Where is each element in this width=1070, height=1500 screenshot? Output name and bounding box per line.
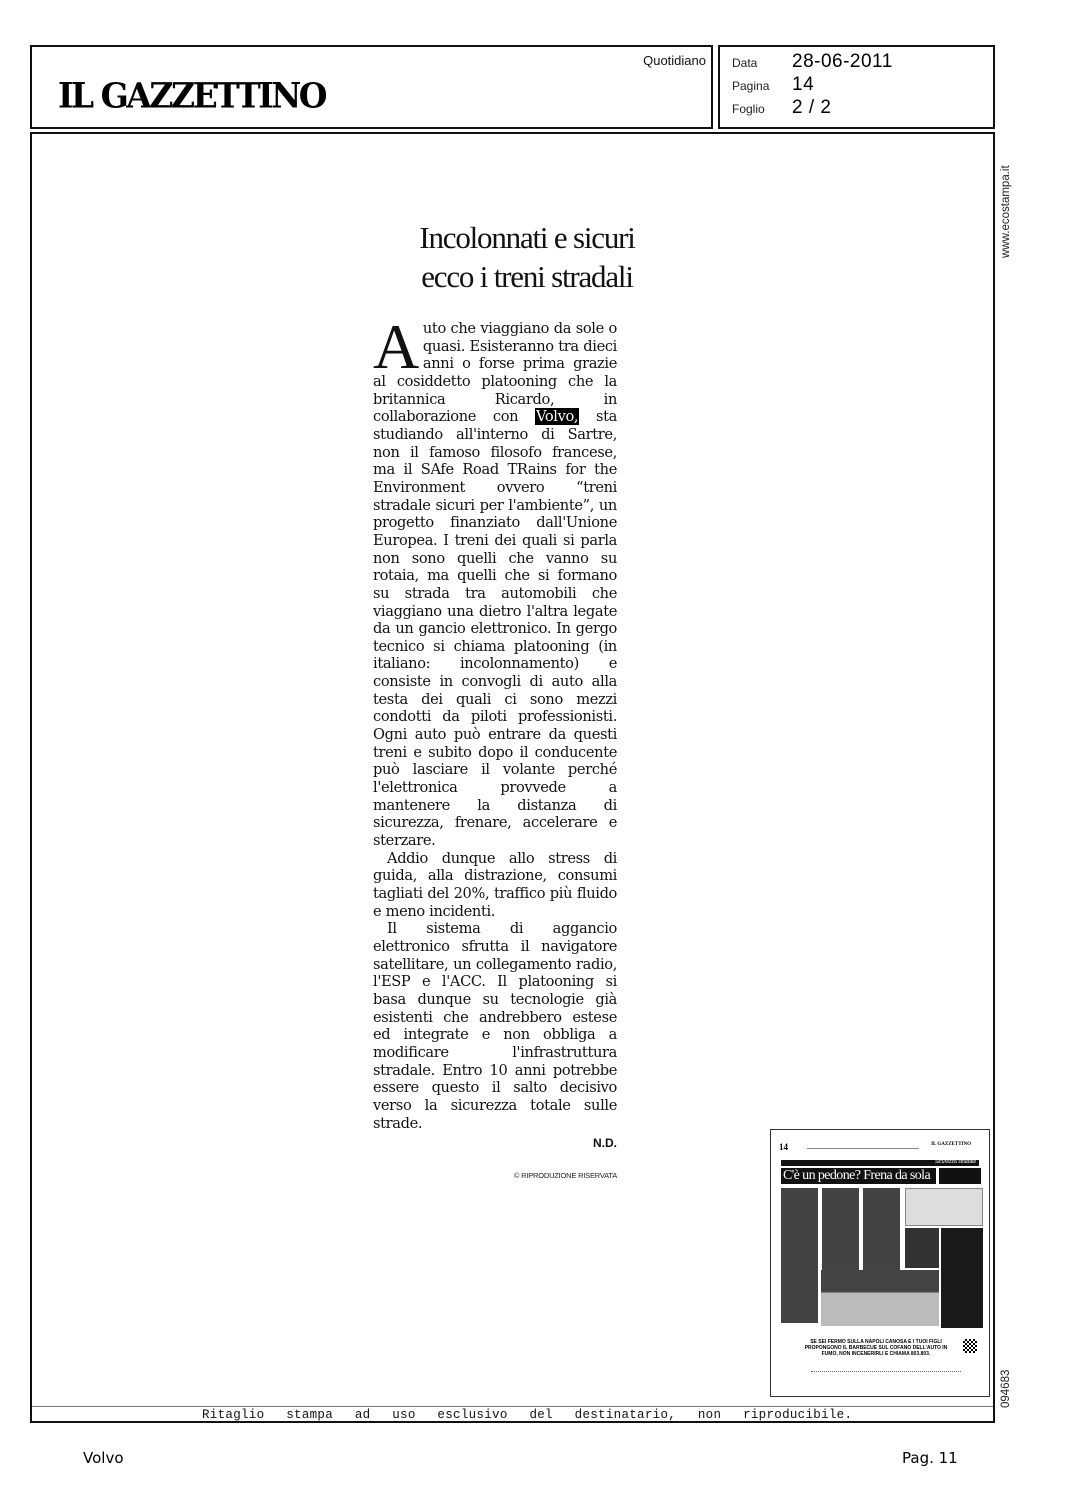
page-label: Pagina [732,79,792,93]
thumbnail-masthead: IL GAZZETTINO [931,1142,971,1147]
thumbnail-fine-print [811,1371,961,1372]
article-paragraph-2: Addio dunque allo stress di guida, alla … [373,850,617,921]
thumbnail-section-band: Sicurezza stradale [781,1160,979,1166]
header-masthead-box: IL GAZZETTINO Quotidiano [30,45,713,129]
thumbnail-mid-block [905,1228,939,1268]
header-meta-box: Data 28-06-2011 Pagina 14 Foglio 2 / 2 [718,45,995,129]
sheet-value: 2 / 2 [792,97,831,119]
copyright-notice: © RIPRODUZIONE RISERVATA [373,1167,617,1185]
thumbnail-side-box [939,1168,981,1184]
paragraph-1-end: sta studiando all'interno di Sartre, non… [373,408,617,849]
page-thumbnail: 14 IL GAZZETTINO Sicurezza stradale C'è … [770,1129,990,1397]
sheet-label: Foglio [732,102,792,116]
ecostampa-url: www.ecostampa.it [1000,165,1012,258]
thumbnail-photo [905,1188,983,1226]
thumbnail-rule [807,1148,919,1149]
article-byline: N.D. [373,1135,617,1153]
thumbnail-ad-text: SE SEI FERMO SULLA NAPOLI CANOSA E I TUO… [801,1339,951,1357]
article-body: Auto che viaggiano da sole o quasi. Esis… [373,320,617,1185]
thumbnail-sidebar-article [941,1228,983,1328]
clipping-code: 094683 [1000,1370,1012,1408]
date-value: 28-06-2011 [792,51,893,73]
clipping-body: Incolonnati e sicuri ecco i treni strada… [30,132,995,1423]
newspaper-masthead: IL GAZZETTINO [58,75,325,116]
footer-page-number: Pag. 11 [902,1449,958,1467]
headline-line-2: ecco i treni stradali [382,257,672,296]
headline-line-1: Incolonnati e sicuri [382,218,672,257]
thumbnail-title: C'è un pedone? Frena da sola [781,1168,936,1184]
meta-row-date: Data 28-06-2011 [732,51,893,73]
article-paragraph-3: Il sistema di aggancio elettronico sfrut… [373,920,617,1132]
page-value: 14 [792,74,814,96]
drop-cap: A [373,322,419,372]
date-label: Data [732,56,792,70]
disclaimer-text: Ritaglio stampa ad uso esclusivo del des… [202,1408,822,1422]
periodicity-label: Quotidiano [643,53,706,68]
meta-row-sheet: Foglio 2 / 2 [732,97,831,119]
thumbnail-car-photo [821,1270,939,1326]
thumbnail-section: Sicurezza stradale [935,1159,976,1165]
qr-code-icon [963,1339,977,1353]
thumbnail-advertisement: SE SEI FERMO SULLA NAPOLI CANOSA E I TUO… [781,1335,981,1385]
article-headline: Incolonnati e sicuri ecco i treni strada… [382,218,672,296]
thumbnail-page-number: 14 [779,1142,788,1152]
article-paragraph-1: Auto che viaggiano da sole o quasi. Esis… [373,320,617,850]
highlighted-keyword: Volvo, [535,408,579,425]
thumbnail-header: 14 IL GAZZETTINO [779,1142,979,1152]
meta-row-page: Pagina 14 [732,74,814,96]
footer-client: Volvo [83,1449,124,1467]
disclaimer-divider [32,1406,993,1407]
